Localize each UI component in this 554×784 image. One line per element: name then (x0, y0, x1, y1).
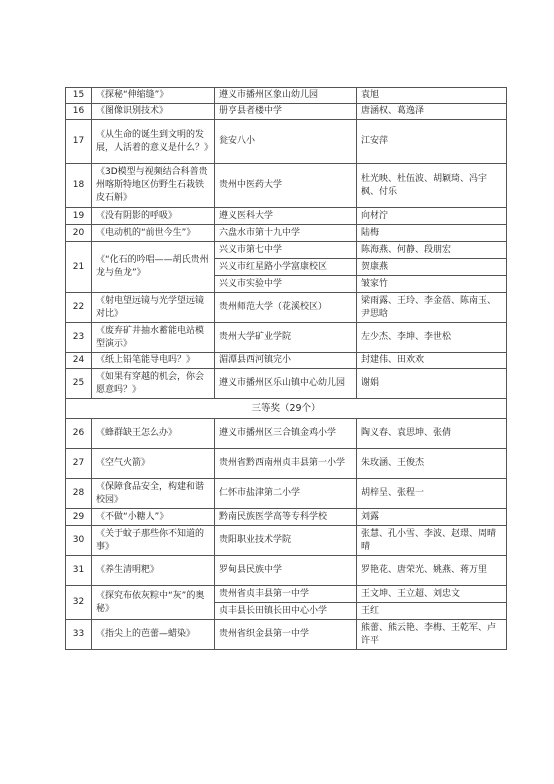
authors: 张慧、孔小雪、李波、赵璟、周晴晴 (357, 526, 507, 556)
work-title: 《电动机的“前世今生”》 (92, 225, 215, 242)
table-row: 29 《不做“小糖人”》 黔南民族医学高等专科学校 刘露 (66, 509, 507, 526)
authors: 刘露 (357, 509, 507, 526)
row-number: 29 (66, 509, 92, 526)
organization: 遵义医科大学 (215, 208, 357, 225)
table-row: 21 《“化石的吟唱——胡氏贵州龙与鱼龙”》 兴义市第七中学 陈海燕、何静、段朋… (66, 242, 507, 259)
authors: 陆梅 (357, 225, 507, 242)
authors: 朱玫涵、王俊杰 (357, 449, 507, 479)
authors: 皱家竹 (357, 276, 507, 293)
table-row: 26 《蜂群缺王怎么办》 遵义市播州区三合镇金鸡小学 陶义春、袁思坤、张倩 (66, 419, 507, 449)
table-row: 25 《如果有穿越的机会，你会愿意吗？》 遵义市播州区乐山镇中心幼儿园 谢娟 (66, 369, 507, 399)
organization: 兴义市第七中学 (215, 242, 357, 259)
table-row: 16 《图像识别技术》 册亨县者楼中学 唐涵权、葛逸泽 (66, 104, 507, 120)
row-number: 31 (66, 556, 92, 586)
work-title: 《没有阴影的呼吸》 (92, 208, 215, 225)
authors: 江安萍 (357, 120, 507, 164)
work-title: 《蜂群缺王怎么办》 (92, 419, 215, 449)
authors: 左少杰、李坤、李世松 (357, 323, 507, 353)
authors: 熊蕾、熊云艳、李梅、王乾军、卢许平 (357, 620, 507, 650)
organization: 贵州省贞丰县第一中学 (215, 586, 357, 603)
organization: 遵义市播州区乐山镇中心幼儿园 (215, 369, 357, 399)
organization: 遵义市播州区象山幼儿园 (215, 88, 357, 104)
work-title: 《空气火箭》 (92, 449, 215, 479)
authors: 陈海燕、何静、段朋宏 (357, 242, 507, 259)
table-row: 27 《空气火箭》 贵州省黔西南州贞丰县第一小学 朱玫涵、王俊杰 (66, 449, 507, 479)
section-row: 三等奖（29个） (66, 399, 507, 419)
table-row: 18 《3D模型与视频结合科普贵州喀斯特地区仿野生石栽铁皮石斛》 贵州中医药大学… (66, 164, 507, 208)
row-number: 30 (66, 526, 92, 556)
row-number: 15 (66, 88, 92, 104)
work-title: 《指尖上的芭蕾—蜡染》 (92, 620, 215, 650)
work-title: 《不做“小糖人”》 (92, 509, 215, 526)
work-title: 《纸上铅笔能导电吗？》 (92, 353, 215, 369)
row-number: 19 (66, 208, 92, 225)
row-number: 17 (66, 120, 92, 164)
authors: 王文坤、王立超、刘忠文 (357, 586, 507, 603)
organization: 贵阳职业技术学院 (215, 526, 357, 556)
organization: 贵州大学矿业学院 (215, 323, 357, 353)
work-title: 《保障食品安全，构建和谐校园》 (92, 479, 215, 509)
row-number: 18 (66, 164, 92, 208)
organization: 遵义市播州区三合镇金鸡小学 (215, 419, 357, 449)
authors: 谢娟 (357, 369, 507, 399)
organization: 六盘水市第十九中学 (215, 225, 357, 242)
organization: 兴义市红星路小学富康校区 (215, 259, 357, 276)
row-number: 27 (66, 449, 92, 479)
authors: 罗艳花、唐荣光、姚燕、蒋万里 (357, 556, 507, 586)
authors: 贺康燕 (357, 259, 507, 276)
work-title: 《从生命的诞生到文明的发展，人活着的意义是什么？》 (92, 120, 215, 164)
work-title: 《探秘“伸缩缝”》 (92, 88, 215, 104)
authors: 王红 (357, 603, 507, 620)
work-title: 《关于蚊子那些你不知道的事》 (92, 526, 215, 556)
work-title: 《探究布依灰粽中“灰”的奥秘》 (92, 586, 215, 620)
organization: 兴义市实验中学 (215, 276, 357, 293)
row-number: 28 (66, 479, 92, 509)
table-row: 24 《纸上铅笔能导电吗？》 湄潭县西河镇完小 封建伟、田欢欢 (66, 353, 507, 369)
work-title: 《养生清明粑》 (92, 556, 215, 586)
work-title: 《图像识别技术》 (92, 104, 215, 120)
section-header-third-prize: 三等奖（29个） (66, 399, 507, 419)
authors: 袁旭 (357, 88, 507, 104)
authors: 唐涵权、葛逸泽 (357, 104, 507, 120)
work-title: 《3D模型与视频结合科普贵州喀斯特地区仿野生石栽铁皮石斛》 (92, 164, 215, 208)
table-row: 17 《从生命的诞生到文明的发展，人活着的意义是什么？》 瓮安八小 江安萍 (66, 120, 507, 164)
table-row: 31 《养生清明粑》 罗甸县民族中学 罗艳花、唐荣光、姚燕、蒋万里 (66, 556, 507, 586)
work-title: 《“化石的吟唱——胡氏贵州龙与鱼龙”》 (92, 242, 215, 293)
table-row: 20 《电动机的“前世今生”》 六盘水市第十九中学 陆梅 (66, 225, 507, 242)
organization: 湄潭县西河镇完小 (215, 353, 357, 369)
organization: 贵州省织金县第一中学 (215, 620, 357, 650)
authors: 向材泞 (357, 208, 507, 225)
organization: 贵州师范大学（花溪校区） (215, 293, 357, 323)
work-title: 《射电望远镜与光学望远镜对比》 (92, 293, 215, 323)
row-number: 22 (66, 293, 92, 323)
organization: 瓮安八小 (215, 120, 357, 164)
authors: 杜光映、杜伍波、胡颖琦、冯宇枫、付乐 (357, 164, 507, 208)
row-number: 26 (66, 419, 92, 449)
organization: 罗甸县民族中学 (215, 556, 357, 586)
table-row: 32 《探究布依灰粽中“灰”的奥秘》 贵州省贞丰县第一中学 王文坤、王立超、刘忠… (66, 586, 507, 603)
row-number: 23 (66, 323, 92, 353)
row-number: 25 (66, 369, 92, 399)
table-row: 28 《保障食品安全，构建和谐校园》 仁怀市盐津第二小学 胡梓呈、张程一 (66, 479, 507, 509)
organization: 仁怀市盐津第二小学 (215, 479, 357, 509)
work-title: 《如果有穿越的机会，你会愿意吗？》 (92, 369, 215, 399)
table-row: 19 《没有阴影的呼吸》 遵义医科大学 向材泞 (66, 208, 507, 225)
row-number: 33 (66, 620, 92, 650)
row-number: 24 (66, 353, 92, 369)
row-number: 32 (66, 586, 92, 620)
table-row: 33 《指尖上的芭蕾—蜡染》 贵州省织金县第一中学 熊蕾、熊云艳、李梅、王乾军、… (66, 620, 507, 650)
authors: 陶义春、袁思坤、张倩 (357, 419, 507, 449)
organization: 册亨县者楼中学 (215, 104, 357, 120)
work-title: 《废弃矿井抽水蓄能电站模型演示》 (92, 323, 215, 353)
row-number: 16 (66, 104, 92, 120)
authors: 封建伟、田欢欢 (357, 353, 507, 369)
authors: 梁雨露、王玲、李金蓓、陈南玉、尹思晗 (357, 293, 507, 323)
table-row: 30 《关于蚊子那些你不知道的事》 贵阳职业技术学院 张慧、孔小雪、李波、赵璟、… (66, 526, 507, 556)
authors: 胡梓呈、张程一 (357, 479, 507, 509)
table-row: 23 《废弃矿井抽水蓄能电站模型演示》 贵州大学矿业学院 左少杰、李坤、李世松 (66, 323, 507, 353)
organization: 贵州省黔西南州贞丰县第一小学 (215, 449, 357, 479)
row-number: 21 (66, 242, 92, 293)
organization: 贞丰县长田镇长田中心小学 (215, 603, 357, 620)
row-number: 20 (66, 225, 92, 242)
organization: 贵州中医药大学 (215, 164, 357, 208)
organization: 黔南民族医学高等专科学校 (215, 509, 357, 526)
table-row: 22 《射电望远镜与光学望远镜对比》 贵州师范大学（花溪校区） 梁雨露、王玲、李… (66, 293, 507, 323)
awards-table: 15 《探秘“伸缩缝”》 遵义市播州区象山幼儿园 袁旭 16 《图像识别技术》 … (65, 87, 507, 650)
table-row: 15 《探秘“伸缩缝”》 遵义市播州区象山幼儿园 袁旭 (66, 88, 507, 104)
